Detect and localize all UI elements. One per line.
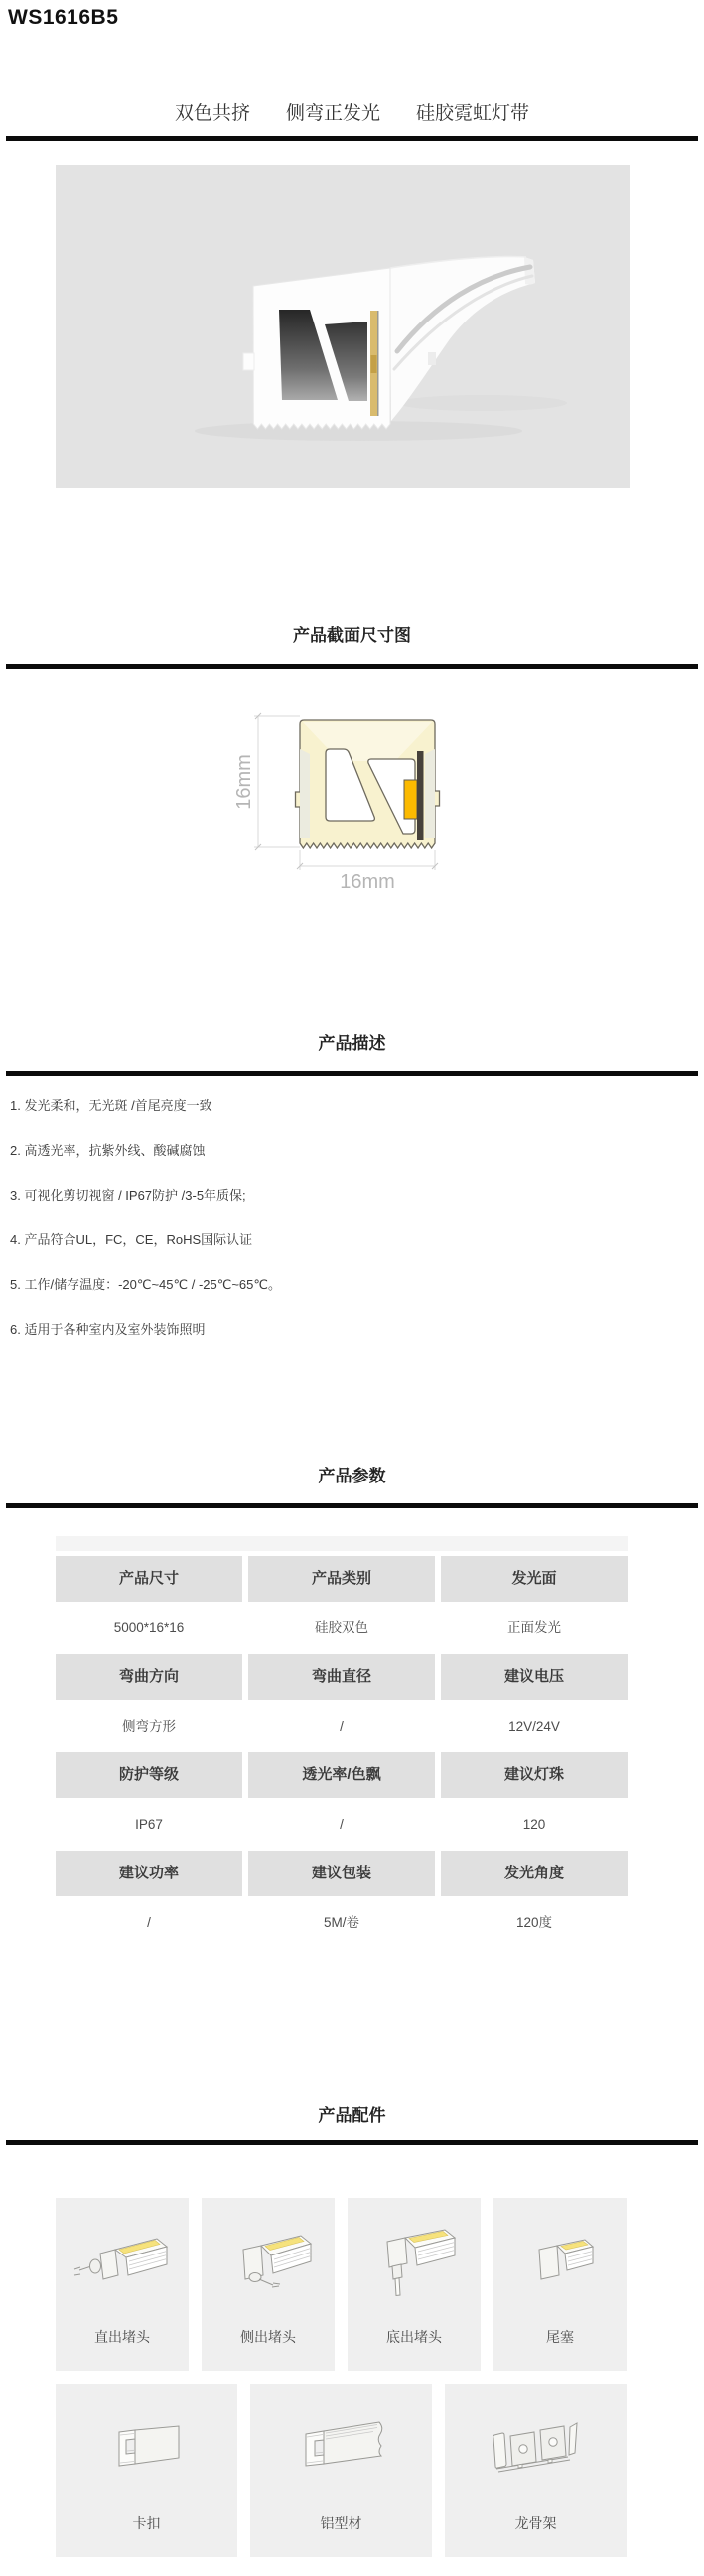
table-top-strip [56, 1536, 628, 1551]
accessory-label: 铝型材 [250, 2513, 432, 2533]
mounting-clip-icon [56, 2406, 237, 2490]
dimension-diagram: 16mm 16mm [228, 700, 477, 898]
accessory-label: 尾塞 [493, 2327, 627, 2347]
description-item: 1. 发光柔和，无光斑 /首尾亮度一致 [10, 1097, 695, 1115]
accessory-label: 龙骨架 [445, 2513, 627, 2533]
param-header: 发光面 [441, 1556, 628, 1602]
table-value-row: IP67 / 120 [56, 1802, 628, 1847]
param-value: 正面发光 [441, 1606, 628, 1650]
tag-side-bend: 侧弯正发光 [286, 103, 380, 124]
straight-end-cap-icon [56, 2220, 189, 2303]
accessories-row-1: 直出堵头 侧出堵头 [56, 2198, 627, 2371]
accessory-card-aluminum-profile[interactable]: 铝型材 [250, 2384, 432, 2557]
accessory-label: 侧出堵头 [202, 2327, 335, 2347]
param-value: 120 [441, 1802, 628, 1847]
width-dimension-label: 16mm [340, 871, 395, 893]
accessory-card-clip[interactable]: 卡扣 [56, 2384, 237, 2557]
description-item: 6. 适用于各种室内及室外装饰照明 [10, 1321, 695, 1339]
param-value: / [56, 1900, 242, 1945]
param-header: 建议灯珠 [441, 1752, 628, 1798]
divider [6, 136, 698, 141]
param-header: 建议包装 [248, 1851, 435, 1896]
divider [6, 664, 698, 669]
param-header: 建议电压 [441, 1654, 628, 1700]
param-header: 产品类别 [248, 1556, 435, 1602]
param-value: 120度 [441, 1900, 628, 1945]
accessory-label: 卡扣 [56, 2513, 237, 2533]
param-value: 12V/24V [441, 1704, 628, 1748]
aluminum-profile-icon [250, 2406, 432, 2490]
param-header: 弯曲直径 [248, 1654, 435, 1700]
table-value-row: 侧弯方形 / 12V/24V [56, 1704, 628, 1748]
accessory-card-bottom-end-cap[interactable]: 底出堵头 [348, 2198, 481, 2371]
accessory-card-keel-bracket[interactable]: 龙骨架 [445, 2384, 627, 2557]
hero-product-image [56, 165, 630, 488]
keel-bracket-icon [445, 2406, 627, 2490]
bottom-end-cap-icon [348, 2220, 481, 2303]
divider [6, 2140, 698, 2145]
description-item: 3. 可视化剪切视窗 / IP67防护 /3-5年质保; [10, 1187, 695, 1205]
section-title-accessories: 产品配件 [0, 2106, 704, 2125]
accessories-row-2: 卡扣 铝型材 [56, 2384, 627, 2557]
param-header: 发光角度 [441, 1851, 628, 1896]
param-header: 建议功率 [56, 1851, 242, 1896]
divider [6, 1071, 698, 1076]
description-item: 5. 工作/储存温度：-20℃~45℃ / -25℃~65℃。 [10, 1276, 695, 1294]
product-detail-page: WS1616B5 双色共挤侧弯正发光硅胶霓虹灯带 [0, 0, 704, 2576]
page-title: WS1616B5 [8, 6, 118, 30]
side-end-cap-icon [202, 2220, 335, 2303]
param-header: 防护等级 [56, 1752, 242, 1798]
accessory-card-straight-end-cap[interactable]: 直出堵头 [56, 2198, 189, 2371]
table-value-row: 5000*16*16 硅胶双色 正面发光 [56, 1606, 628, 1650]
accessory-card-tail-plug[interactable]: 尾塞 [493, 2198, 627, 2371]
table-header-row: 防护等级 透光率/色飘 建议灯珠 [56, 1752, 628, 1798]
section-title-parameters: 产品参数 [0, 1467, 704, 1486]
param-value: IP67 [56, 1802, 242, 1847]
product-tags: 双色共挤侧弯正发光硅胶霓虹灯带 [0, 98, 704, 125]
table-header-row: 产品尺寸 产品类别 发光面 [56, 1556, 628, 1602]
cross-section-drawing-icon: 16mm 16mm [228, 700, 477, 898]
section-title-cross-section: 产品截面尺寸图 [0, 626, 704, 646]
description-item: 2. 高透光率，抗紫外线、酸碱腐蚀 [10, 1142, 695, 1160]
tail-plug-icon [493, 2220, 627, 2303]
divider [6, 1503, 698, 1508]
param-header: 弯曲方向 [56, 1654, 242, 1700]
description-item: 4. 产品符合UL，FC，CE，RoHS国际认证 [10, 1231, 695, 1249]
param-value: 5000*16*16 [56, 1606, 242, 1650]
param-value: / [248, 1704, 435, 1748]
table-header-row: 弯曲方向 弯曲直径 建议电压 [56, 1654, 628, 1700]
param-value: 侧弯方形 [56, 1704, 242, 1748]
table-header-row: 建议功率 建议包装 发光角度 [56, 1851, 628, 1896]
param-value: 5M/卷 [248, 1900, 435, 1945]
param-header: 透光率/色飘 [248, 1752, 435, 1798]
param-value: 硅胶双色 [248, 1606, 435, 1650]
param-header: 产品尺寸 [56, 1556, 242, 1602]
parameters-table: 产品尺寸 产品类别 发光面 5000*16*16 硅胶双色 正面发光 弯曲方向 … [56, 1536, 628, 1949]
table-value-row: / 5M/卷 120度 [56, 1900, 628, 1945]
param-value: / [248, 1802, 435, 1847]
tag-dual-color: 双色共挤 [175, 103, 250, 124]
neon-strip-render-icon [56, 165, 630, 488]
accessory-label: 直出堵头 [56, 2327, 189, 2347]
section-title-description: 产品描述 [0, 1034, 704, 1054]
accessory-card-side-end-cap[interactable]: 侧出堵头 [202, 2198, 335, 2371]
height-dimension-label: 16mm [233, 754, 255, 810]
tag-silicone-neon: 硅胶霓虹灯带 [416, 103, 529, 124]
accessory-label: 底出堵头 [348, 2327, 481, 2347]
